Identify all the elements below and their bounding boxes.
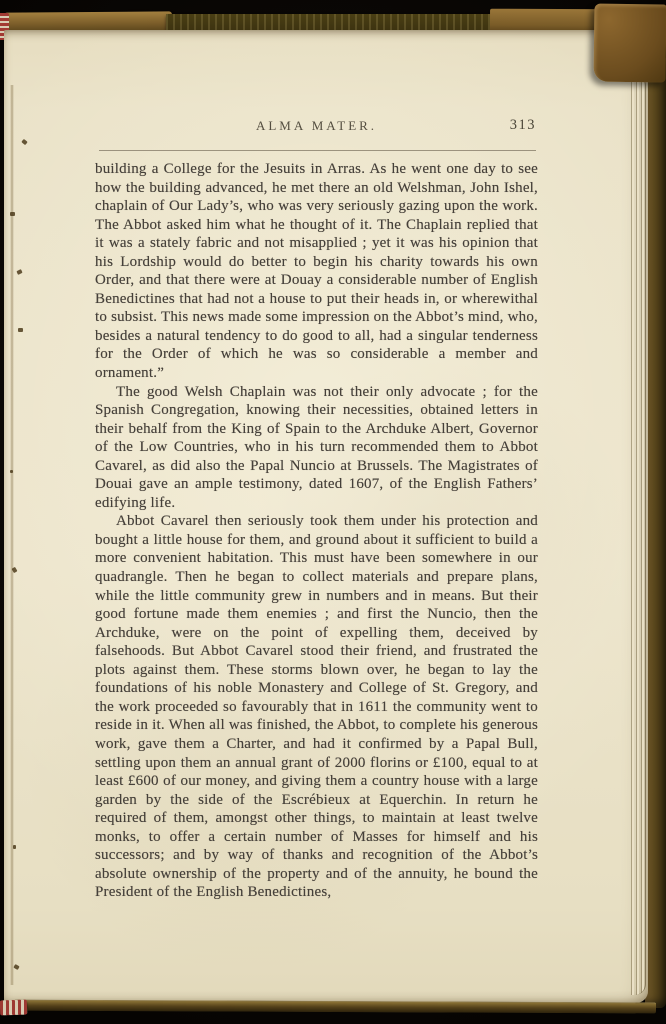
book-top-edge-middle [166, 14, 498, 31]
book-cover-corner-top-right [593, 4, 666, 83]
stitch-mark [21, 139, 27, 145]
header-rule [99, 150, 536, 151]
running-title: ALMA MATER. [95, 118, 538, 134]
stitch-mark [13, 964, 19, 970]
book-bottom-edge [14, 1000, 656, 1014]
text-block: building a College for the Jesuits in Ar… [95, 160, 538, 902]
stitch-mark [10, 212, 15, 216]
stitch-mark [10, 470, 13, 473]
book-page: ALMA MATER. 313 building a College for t… [4, 30, 648, 1003]
printed-content: ALMA MATER. 313 building a College for t… [95, 30, 538, 1003]
stitch-mark [16, 269, 22, 275]
paragraph-1: building a College for the Jesuits in Ar… [95, 160, 538, 383]
stitch-mark [18, 328, 23, 332]
book-cover-right-edge [645, 58, 666, 1008]
page-number: 313 [510, 117, 536, 134]
page-stack-edge [629, 76, 646, 995]
book-scan-background: ALMA MATER. 313 building a College for t… [0, 0, 666, 1024]
paragraph-3: Abbot Cavarel then seriously took them u… [95, 512, 538, 901]
headband-bottom [0, 1000, 27, 1016]
book-top-edge-left [4, 11, 172, 31]
paragraph-2: The good Welsh Chaplain was not their on… [95, 383, 538, 513]
stitch-mark [13, 845, 16, 849]
gutter-crease [10, 85, 14, 985]
